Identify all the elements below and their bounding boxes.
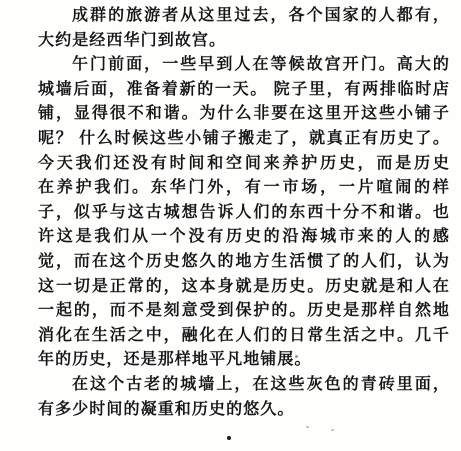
text-line: 午门前面，一些早到人在等候故宫开门。高大的	[38, 53, 450, 78]
paragraph: 成群的旅游者从这里过去，各个国家的人都有， 大约是经西华门到故宫。	[38, 4, 450, 53]
page-bottom-dot	[227, 436, 231, 440]
text-line: 这一切是正常的，这本身就是历史。历史就是和人在	[38, 275, 450, 300]
text-line: 大约是经西华门到故宫。	[38, 29, 450, 54]
page-text-block: 成群的旅游者从这里过去，各个国家的人都有， 大约是经西华门到故宫。 午门前面，一…	[38, 4, 450, 422]
scan-speck	[295, 355, 298, 358]
text-line: 城墙后面，准备着新的一天。 院子里，有两排临时店	[38, 78, 450, 103]
text-line: 觉，而在这个历史悠久的地方生活惯了的人们，认为	[38, 250, 450, 275]
text-line: 子，似乎与这古城想告诉人们的东西十分不和谐。也	[38, 201, 450, 226]
text-line: 在这个古老的城墙上，在这些灰色的青砖里面，	[38, 373, 450, 398]
text-line: 许这是我们从一个没有历史的沿海城市来的人的感	[38, 225, 450, 250]
text-line: 成群的旅游者从这里过去，各个国家的人都有，	[38, 4, 450, 29]
text-line: 消化在生活之中，融化在人们的日常生活之中。几千	[38, 324, 450, 349]
paragraph: 在这个古老的城墙上，在这些灰色的青砖里面， 有多少时间的凝重和历史的悠久。	[38, 373, 450, 422]
text-line: 在养护我们。东华门外，有一市场，一片喧闹的样	[38, 176, 450, 201]
scan-speck	[306, 426, 309, 428]
text-line: 一起的，而不是刻意受到保护的。历史是那样自然地	[38, 299, 450, 324]
text-line: 呢？ 什么时候这些小铺子搬走了，就真正有历史了。	[38, 127, 450, 152]
paragraph: 午门前面，一些早到人在等候故宫开门。高大的 城墙后面，准备着新的一天。 院子里，…	[38, 53, 450, 373]
text-line: 今天我们还没有时间和空间来养护历史，而是历史	[38, 152, 450, 177]
text-line: 年的历史，还是那样地平凡地铺展。	[38, 348, 450, 373]
text-line: 铺，显得很不和谐。为什么非要在这里开这些小铺子	[38, 102, 450, 127]
scan-speck	[331, 429, 334, 431]
text-line: 有多少时间的凝重和历史的悠久。	[38, 398, 450, 423]
